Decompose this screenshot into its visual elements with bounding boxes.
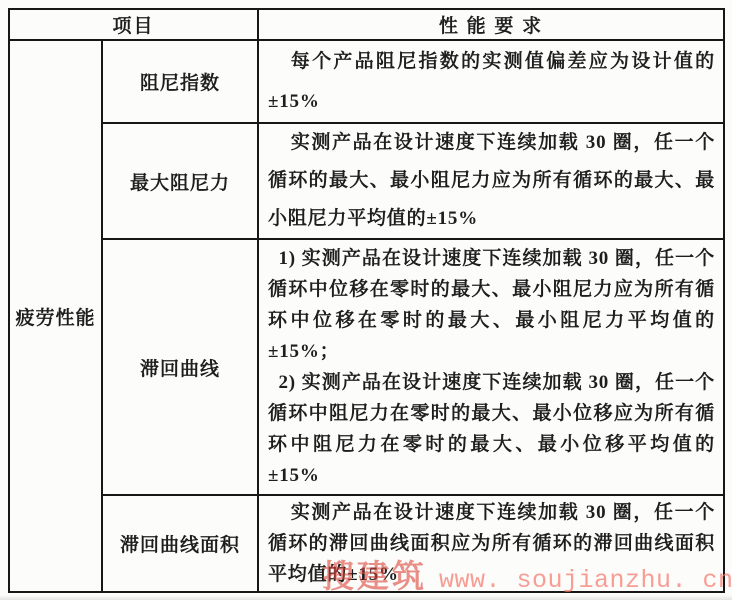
row-label-hysteresis-curve-area: 滞回曲线面积 [103,496,259,591]
requirement-paragraph-2: 2) 实测产品在设计速度下连续加载 30 圈，任一个循环中阻尼力在零时的最大、最… [268,367,715,491]
row-label-hysteresis-curve: 滞回曲线 [103,240,259,496]
header-cell-item: 项目 [10,10,259,41]
header-cell-requirement: 性 能 要 求 [259,10,723,41]
row-content-hysteresis-curve-area: 实测产品在设计速度下连续加载 30 圈，任一个循环的滞回曲线面积应为所有循环的滞… [259,496,723,591]
scan-edge-shadow [0,595,732,600]
category-cell-fatigue-performance: 疲劳性能 [10,41,103,591]
requirement-paragraph: 实测产品在设计速度下连续加载 30 圈，任一个循环的滞回曲线面积应为所有循环的滞… [268,497,715,590]
row-content-hysteresis-curve: 1) 实测产品在设计速度下连续加载 30 圈，任一个循环中位移在零时的最大、最小… [259,240,723,496]
requirement-paragraph: 每个产品阻尼指数的实测值偏差应为设计值的±15% [268,42,715,122]
row-content-damping-index: 每个产品阻尼指数的实测值偏差应为设计值的±15% [259,41,723,124]
row-label-max-damping-force: 最大阻尼力 [103,124,259,240]
row-content-max-damping-force: 实测产品在设计速度下连续加载 30 圈，任一个循环的最大、最小阻尼力应为所有循环… [259,124,723,240]
row-label-damping-index: 阻尼指数 [103,41,259,124]
performance-requirements-table: 项目 性 能 要 求 疲劳性能 阻尼指数 每个产品阻尼指数的实测值偏差应为设计值… [8,8,725,593]
requirement-paragraph: 实测产品在设计速度下连续加载 30 圈，任一个循环的最大、最小阻尼力应为所有循环… [268,124,715,238]
requirement-paragraph-1: 1) 实测产品在设计速度下连续加载 30 圈，任一个循环中位移在零时的最大、最小… [268,243,715,367]
scanned-document-page: 项目 性 能 要 求 疲劳性能 阻尼指数 每个产品阻尼指数的实测值偏差应为设计值… [0,0,732,600]
